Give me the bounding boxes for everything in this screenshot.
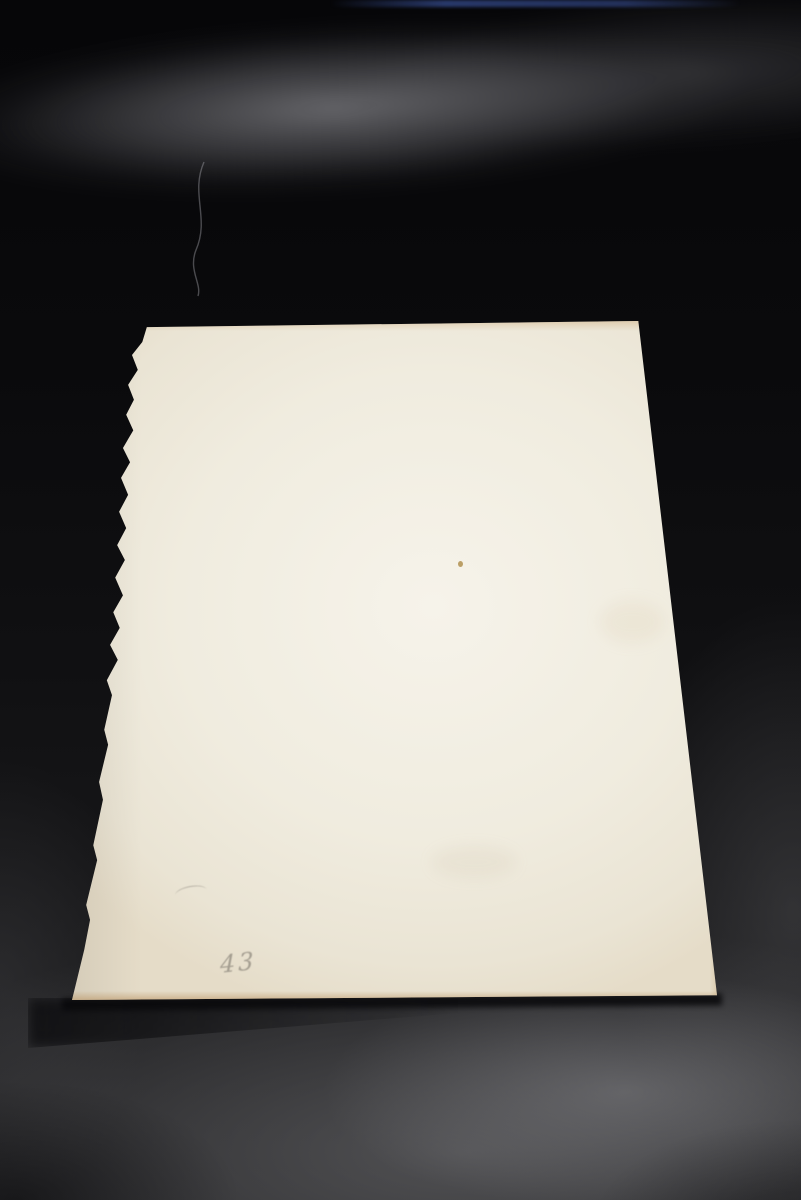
blue-light-leak	[330, 0, 740, 7]
paper-stain	[600, 601, 664, 643]
light-reflection-band	[0, 0, 801, 268]
paper-stain	[432, 846, 516, 878]
photo-of-paper-sheet: 43	[0, 0, 801, 1200]
pencil-smudge	[174, 883, 208, 901]
paper-sheet: 43	[72, 321, 717, 1000]
hair-fiber	[180, 158, 226, 300]
pencil-inscription: 43	[220, 947, 256, 979]
brown-fleck	[458, 561, 463, 567]
